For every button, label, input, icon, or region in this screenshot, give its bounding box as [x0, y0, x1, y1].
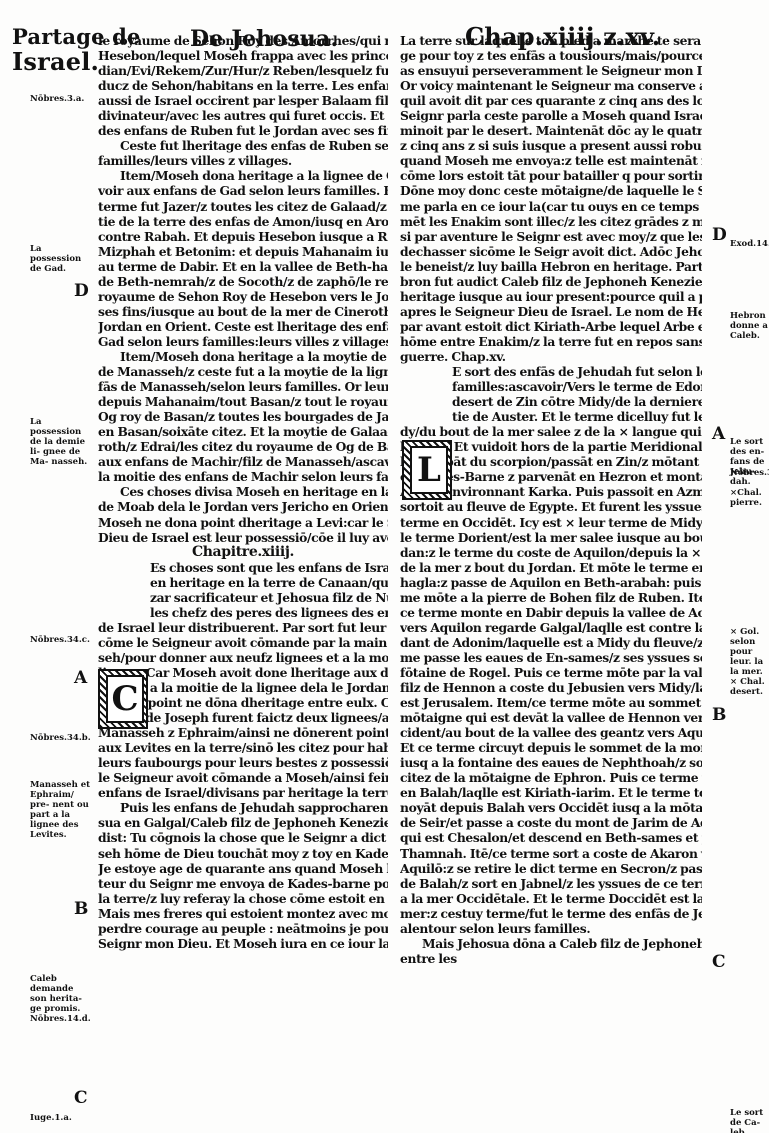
text-line: fōtaine de Rogel. Puis ce terme mōte par…: [400, 665, 702, 680]
margin-section-letter: A: [712, 424, 725, 444]
text-line: dy/du bout de la mer salee z de la × lan…: [400, 424, 702, 439]
margin-section-letter: C: [74, 1088, 88, 1108]
text-line: les chefz des peres des lignees des enfa…: [98, 605, 388, 620]
text-line: quil avoit dit par ces quarante z cinq a…: [400, 93, 702, 108]
text-line: de Balah/z sort en Jabnel/z les yssues d…: [400, 876, 702, 891]
dropcap-letter: L: [410, 446, 448, 494]
text-line: royaume de Sehon Roy de Hesebon vers le …: [98, 289, 388, 304]
text-line: Ces choses divisa Moseh en heritage en l…: [98, 484, 388, 499]
margin-note: Iuge.1.a.: [30, 1113, 92, 1123]
text-line: a la mer Occidētale. Et le terme Doccidē…: [400, 891, 702, 906]
text-line: de Moab dela le Jordan vers Jericho en O…: [98, 499, 388, 514]
text-line: Gad selon leurs familles:leurs villes z …: [98, 334, 388, 349]
text-line: Puis les enfans de Jehudah sapprocharent…: [98, 800, 388, 815]
margin-note: Nōbres.34.b.: [30, 733, 92, 743]
text-line: teur du Seignr me envoya de Kades-barne …: [98, 876, 388, 891]
text-line: le beneist/z luy bailla Hebron en herita…: [400, 259, 702, 274]
margin-section-letter: B: [712, 705, 726, 725]
text-line: Mais Jehosua dōna a Caleb filz de Jephon…: [400, 936, 702, 951]
text-line: Seignr parla ceste parolle a Moseh quand…: [400, 108, 702, 123]
text-line: E sort des enfās de Jehudah fut selon le…: [400, 364, 702, 379]
text-line: terme en Occidēt. Icy est × leur terme d…: [400, 515, 702, 530]
text-line: mēt les Enakim sont illec/z les citez gr…: [400, 214, 702, 229]
text-line: hagla:z passe de Aquilon en Beth-arabah:…: [400, 575, 702, 590]
text-line: de Israel leur distribuerent. Par sort f…: [98, 620, 388, 635]
text-line: Thamnah. Itē/ce terme sort a coste de Ak…: [400, 846, 702, 861]
text-line: zar sacrificateur et Jehosua filz de Nun…: [98, 590, 388, 605]
margin-note: Exod.14.d.: [730, 239, 769, 249]
text-line: tie de la terre des enfas de Amon/iusq e…: [98, 214, 388, 229]
text-line: depuis Mahanaim/tout Basan/z tout le roy…: [98, 394, 388, 409]
text-line: dechasser sicōme le Seigr avoit dict. Ad…: [400, 244, 702, 259]
text-line: Item/Moseh dona heritage a la lignee de …: [98, 168, 388, 183]
text-line: dant de Adonim/laquelle est a Midy du fl…: [400, 635, 702, 650]
margin-section-letter: B: [74, 899, 88, 919]
text-line: leurs faubourgs pour leurs bestes z poss…: [98, 755, 388, 770]
text-line: Hesebon/lequel Moseh frappa avec les pri…: [98, 48, 388, 63]
text-line: enfans de Israel/divisans par heritage l…: [98, 785, 388, 800]
text-line: Item/Moseh dona heritage a la moytie de …: [98, 349, 388, 364]
text-line: entre les: [400, 951, 702, 966]
text-line: de Seir/et passe a coste du mont de Jari…: [400, 815, 702, 830]
text-line: seh/pour donner aux neufz lignees et a l…: [98, 650, 388, 665]
text-line: ses fins/iusque au bout de la mer de Cin…: [98, 304, 388, 319]
text-line: me parla en ce iour la(car tu ouys en ce…: [400, 199, 702, 214]
text-line: qui est Chesalon/et descend en Beth-same…: [400, 830, 702, 845]
text-line: ducz de Sehon/habitans en la terre. Les …: [98, 78, 388, 93]
text-line: mer:z cestuy terme/fut le terme des enfā…: [400, 906, 702, 921]
dropcap-letter: C: [106, 675, 144, 723]
margin-section-letter: C: [712, 952, 726, 972]
text-line: as ensuyui perseveramment le Seigneur mo…: [400, 63, 702, 78]
text-line: en heritage en la terre de Canaan/que El…: [98, 575, 388, 590]
margin-section-letter: A: [74, 668, 87, 688]
text-line: perdre courage au peuple : neātmoins je …: [98, 921, 388, 936]
text-line: contre Rabah. Et depuis Hesebon iusque a…: [98, 229, 388, 244]
text-line: sua en Galgal/Caleb filz de Jephoneh Ken…: [98, 815, 388, 830]
text-line: Es choses sont que les enfans de Israel …: [98, 560, 388, 575]
text-line: Jordan en Orient. Ceste est lheritage de…: [98, 319, 388, 334]
text-line: ge pour toy z tes enfās a tousiours/mais…: [400, 48, 702, 63]
margin-note: × Gol. selon pour leur. la la mer. × Cha…: [730, 627, 769, 697]
text-line: desert de Zin cōtre Midy/de la derniere …: [400, 394, 702, 409]
text-line: Moseh ne dona point dheritage a Levi:car…: [98, 515, 388, 530]
text-line: le royaume de Sehon Roy des Amorrhes/qui…: [98, 33, 388, 48]
text-line: Et ce terme circuyt depuis le sommet de …: [400, 740, 702, 755]
text-line: citez de la mōtaigne de Ephron. Puis ce …: [400, 770, 702, 785]
margin-note: Caleb demande son herita- ge promis. Nōb…: [30, 974, 92, 1024]
text-line: cident/au bout de la vallee des geantz v…: [400, 725, 702, 740]
text-line: apres le Seigneur Dieu de Israel. Le nom…: [400, 304, 702, 319]
text-line: aussi de Israel occirent par lesper Bala…: [98, 93, 388, 108]
text-line: le terme Dorient/est la mer salee iusque…: [400, 530, 702, 545]
text-line: filz de Hennon a coste du Jebusien vers …: [400, 680, 702, 695]
running-head-left-line2: Israel.: [12, 50, 99, 74]
text-line: sortoit au fleuve de Egypte. Et furent l…: [400, 499, 702, 514]
margin-section-letter: D: [712, 225, 727, 245]
text-line: Mais mes freres qui estoient montez avec…: [98, 906, 388, 921]
margin-note: Hebron donne a Caleb.: [730, 311, 769, 341]
margin-note: Le sort des en- fans de Jehu- dah.: [730, 437, 769, 487]
text-line: aux enfans de Machir/filz de Manasseh/as…: [98, 454, 388, 469]
text-line: La terre sur laquelle ton pied a marche …: [400, 33, 702, 48]
text-line: terme fut Jazer/z toutes les citez de Ga…: [98, 199, 388, 214]
margin-note: ×Chal. pierre.: [730, 488, 769, 508]
text-line: fās de Manasseh/selon leurs familles. Or…: [98, 379, 388, 394]
text-line: de Beth-nemrah/z de Socoth/z de zaphō/le…: [98, 274, 388, 289]
text-line: dian/Evi/Rekem/Zur/Hur/z Reben/lesquelz …: [98, 63, 388, 78]
text-line: quand Moseh me envoya:z telle est mainte…: [400, 153, 702, 168]
text-line: vers Aquilon regarde Galgal/laqlle est c…: [400, 620, 702, 635]
dropcap-illustrated-initial-chapter-14: C: [98, 669, 148, 729]
text-line: Je estoye age de quarante ans quand Mose…: [98, 861, 388, 876]
text-line: roth/z Edrai/les citez du royaume de Og …: [98, 439, 388, 454]
text-line: par avant estoit dict Kiriath-Arbe leque…: [400, 319, 702, 334]
scanned-bible-page: Partage de Israel. De Jehosua. Chap.xiii…: [0, 0, 769, 1133]
text-line: ce terme monte en Dabir depuis la vallee…: [400, 605, 702, 620]
text-line: Dieu de Israel est leur possessiō/cōe il…: [98, 530, 388, 545]
text-line: noyāt depuis Balah vers Occidēt iusq a l…: [400, 800, 702, 815]
text-line: minoit par le desert. Maintenāt dōc ay l…: [400, 123, 702, 138]
text-line: le Seigneur avoit cōmande a Moseh/ainsi …: [98, 770, 388, 785]
text-line: familles/leurs villes z villages.: [98, 153, 388, 168]
text-line: tie de Auster. Et le terme dicelluy fut …: [400, 409, 702, 424]
text-line: mōtaigne qui est devāt la vallee de Henn…: [400, 710, 702, 725]
text-line: hōme entre Enakim/z la terre fut en repo…: [400, 334, 702, 349]
margin-note: Nōbres.3.a.: [30, 94, 92, 104]
text-line: Ceste fut lheritage des enfas de Ruben s…: [98, 138, 388, 153]
dropcap-illustrated-initial-chapter-15: L: [402, 440, 452, 500]
text-line: voir aux enfans de Gad selon leurs famil…: [98, 183, 388, 198]
text-line: est Jerusalem. Item/ce terme mōte au som…: [400, 695, 702, 710]
text-line: heritage iusque au iour present:pource q…: [400, 289, 702, 304]
margin-note: La possession de la demie li- gnee de Ma…: [30, 417, 92, 467]
margin-section-letter: D: [74, 281, 89, 301]
text-line: me passe les eaues de En-sames/z ses yss…: [400, 650, 702, 665]
text-line: la moitie des enfans de Machir selon leu…: [98, 469, 388, 484]
margin-note: Le sort de Ca- leb.: [730, 1108, 769, 1133]
text-line: cōme le Seigneur avoit cōmande par la ma…: [98, 635, 388, 650]
text-line: iusq a la fontaine des eaues de Nephthoa…: [400, 755, 702, 770]
text-line: dan:z le terme du coste de Aquilon/depui…: [400, 545, 702, 560]
margin-note: Nōbres.34.c.: [30, 635, 92, 645]
text-line: en Basan/soixāte citez. Et la moytie de …: [98, 424, 388, 439]
text-line: Og roy de Basan/z toutes les bourgades d…: [98, 409, 388, 424]
text-line: divinateur/avec les autres qui furet occ…: [98, 108, 388, 123]
text-line: au terme de Dabir. Et en la vallee de Be…: [98, 259, 388, 274]
text-line: z cinq ans z si suis iusque a present au…: [400, 138, 702, 153]
text-line: Or voicy maintenant le Seigneur ma conse…: [400, 78, 702, 93]
text-line: me mōte a la pierre de Bohen filz de Rub…: [400, 590, 702, 605]
text-line: des enfans de Ruben fut le Jordan avec s…: [98, 123, 388, 138]
text-line: alentour selon leurs familles.: [400, 921, 702, 936]
text-line: de la mer z bout du Jordan. Et mōte le t…: [400, 560, 702, 575]
left-text-column: le royaume de Sehon Roy des Amorrhes/qui…: [98, 33, 388, 951]
text-line: si par aventure le Seignr est avec moy/z…: [400, 229, 702, 244]
text-line: Mizphah et Betonim: et depuis Mahanaim i…: [98, 244, 388, 259]
text-line: guerre. Chap.xv.: [400, 349, 702, 364]
text-line: de Manasseh/z ceste fut a la moytie de l…: [98, 364, 388, 379]
text-line: aux Levites en la terre/sinō les citez p…: [98, 740, 388, 755]
text-line: seh hōme de Dieu touchāt moy z toy en Ka…: [98, 846, 388, 861]
text-line: Dōne moy donc ceste mōtaigne/de laquelle…: [400, 183, 702, 198]
text-line: Chapitre.xiiij.: [98, 545, 388, 560]
text-line: Seignr mon Dieu. Et Moseh iura en ce iou…: [98, 936, 388, 951]
margin-note: Nōbres.34.a.: [730, 468, 769, 478]
text-line: bron fut audict Caleb filz de Jephoneh K…: [400, 274, 702, 289]
text-line: familles:ascavoir/Vers le terme de Edom …: [400, 379, 702, 394]
text-line: dist: Tu cōgnois la chose que le Seignr …: [98, 830, 388, 845]
text-line: Aquilō:z se retire le dict terme en Secr…: [400, 861, 702, 876]
text-line: cōme lors estoit tāt pour batailler q po…: [400, 168, 702, 183]
margin-note: Manasseh et Ephraim/ pre- nent ou part a…: [30, 780, 92, 840]
margin-note: La possession de Gad.: [30, 244, 92, 274]
text-line: en Balah/laqlle est Kiriath-iarim. Et le…: [400, 785, 702, 800]
text-line: la terre/z luy referay la chose cōme est…: [98, 891, 388, 906]
